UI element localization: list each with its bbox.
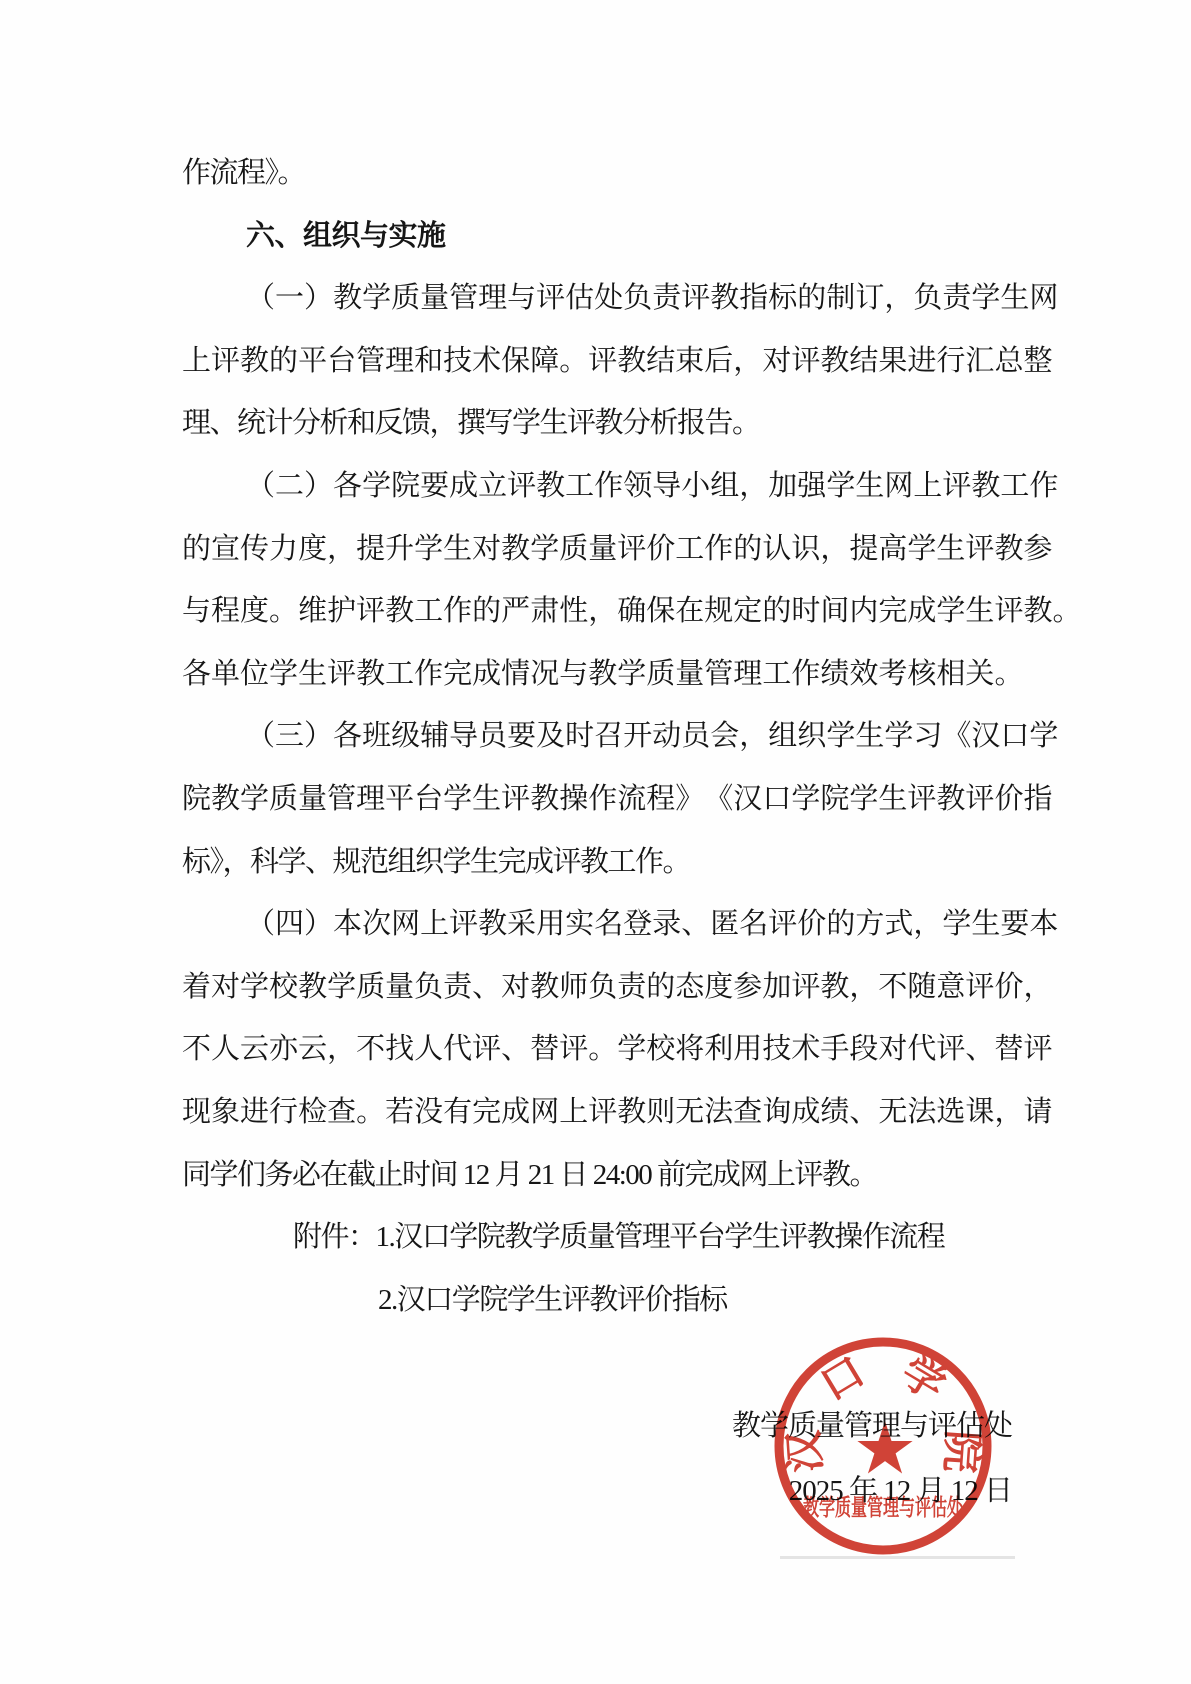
- doc-line: 作流程》。: [182, 142, 1010, 205]
- seal-bottom-text: 教学质量管理与评估处: [803, 1494, 963, 1520]
- seal-ring-char-3: 学: [894, 1347, 954, 1409]
- official-seal: 汉 口 学 院 教学质量管理与评估处: [771, 1333, 1001, 1563]
- doc-line: 着对学校教学质量负责、对教师负责的态度参加评教，不随意评价，: [182, 956, 1010, 1019]
- doc-line: （三）各班级辅导员要及时召开动员会，组织学生学习《汉口学: [182, 705, 1010, 768]
- doc-line: 同学们务必在截止时间 12 月 21 日 24:00 前完成网上评教。: [182, 1144, 1010, 1207]
- seal-ring-char-4: 院: [937, 1429, 987, 1474]
- doc-line: 院教学质量管理平台学生评教操作流程》《汉口学院学生评教评价指: [182, 768, 1010, 831]
- doc-line: 现象进行检查。若没有完成网上评教则无法查询成绩、无法选课，请: [182, 1081, 1010, 1144]
- doc-line: 附件：1.汉口学院教学质量管理平台学生评教操作流程: [182, 1206, 1010, 1269]
- doc-line: 不人云亦云，不找人代评、替评。学校将利用技术手段对代评、替评: [182, 1018, 1010, 1081]
- seal-star-icon: [857, 1421, 912, 1474]
- doc-line: 各单位学生评教工作完成情况与教学质量管理工作绩效考核相关。: [182, 643, 1010, 706]
- doc-line: 理、统计分析和反馈，撰写学生评教分析报告。: [182, 392, 1010, 455]
- doc-line: （四）本次网上评教采用实名登录、匿名评价的方式，学生要本: [182, 893, 1010, 956]
- doc-line: （二）各学院要成立评教工作领导小组，加强学生网上评教工作: [182, 455, 1010, 518]
- doc-line: 与程度。维护评教工作的严肃性，确保在规定的时间内完成学生评教。: [182, 580, 1010, 643]
- seal-ring-char-2: 口: [812, 1347, 872, 1409]
- scan-shadow-line: [780, 1556, 1015, 1559]
- doc-line: （一）教学质量管理与评估处负责评教指标的制订，负责学生网: [182, 267, 1010, 330]
- seal-ring-char-1: 汉: [779, 1428, 829, 1474]
- doc-line: 六、组织与实施: [182, 205, 1010, 268]
- document-body: 作流程》。六、组织与实施（一）教学质量管理与评估处负责评教指标的制订，负责学生网…: [182, 142, 1010, 1331]
- doc-line: 的宣传力度，提升学生对教学质量评价工作的认识，提高学生评教参: [182, 518, 1010, 581]
- doc-line: 标》，科学、规范组织学生完成评教工作。: [182, 831, 1010, 894]
- document-page: 作流程》。六、组织与实施（一）教学质量管理与评估处负责评教指标的制订，负责学生网…: [0, 0, 1191, 1684]
- doc-line: 2.汉口学院学生评教评价指标: [182, 1269, 1010, 1332]
- doc-line: 上评教的平台管理和技术保障。评教结束后，对评教结果进行汇总整: [182, 330, 1010, 393]
